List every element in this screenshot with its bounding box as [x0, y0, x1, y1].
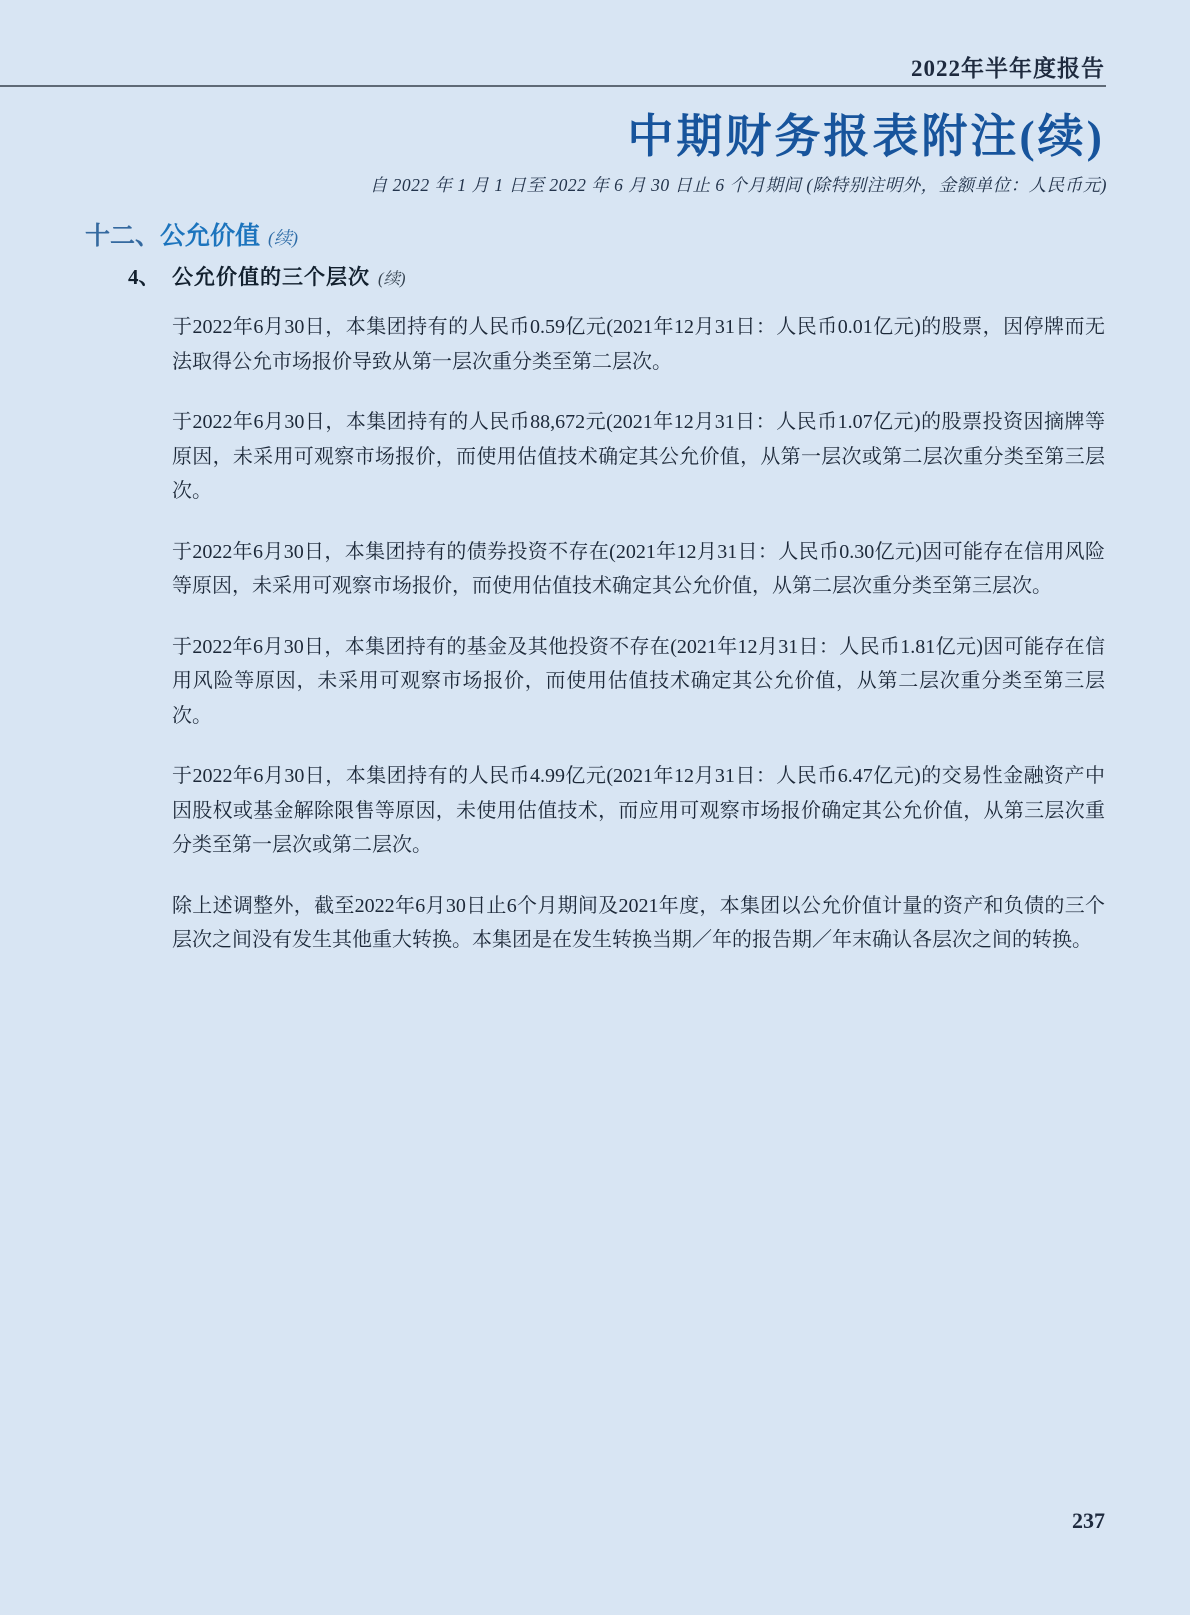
report-page: 2022年半年度报告 中期财务报表附注(续) 自 2022 年 1 月 1 日至…: [0, 0, 1190, 1615]
paragraph-stock-delisting: 于2022年6月30日，本集团持有的人民币88,672元(2021年12月31日…: [172, 405, 1105, 509]
subsection-number: 4、: [128, 261, 172, 291]
header-divider-rule: [0, 85, 1106, 87]
paragraph-trading-assets-unlock: 于2022年6月30日，本集团持有的人民币4.99亿元(2021年12月31日：…: [172, 759, 1105, 863]
paragraph-fund-credit-risk: 于2022年6月30日，本集团持有的基金及其他投资不存在(2021年12月31日…: [172, 630, 1105, 734]
page-number: 237: [1072, 1508, 1105, 1534]
paragraph-no-other-transfers: 除上述调整外，截至2022年6月30日止6个月期间及2021年度，本集团以公允价…: [172, 889, 1105, 958]
paragraph-stock-suspension: 于2022年6月30日，本集团持有的人民币0.59亿元(2021年12月31日：…: [172, 310, 1105, 379]
subsection-continued-label: (续): [378, 269, 406, 288]
period-subtitle: 自 2022 年 1 月 1 日至 2022 年 6 月 30 日止 6 个月期…: [370, 172, 1107, 197]
paragraph-bond-credit-risk: 于2022年6月30日，本集团持有的债券投资不存在(2021年12月31日：人民…: [172, 535, 1105, 604]
subsection-title: 公允价值的三个层次: [172, 265, 370, 289]
running-header: 2022年半年度报告: [911, 50, 1105, 83]
section-title: 公允价值: [160, 223, 260, 250]
section-number: 十二、: [85, 223, 160, 250]
section-continued-label: (续): [268, 228, 298, 248]
section-heading: 十二、公允价值(续): [85, 216, 298, 252]
body-text-block: 于2022年6月30日，本集团持有的人民币0.59亿元(2021年12月31日：…: [172, 310, 1105, 984]
page-title: 中期财务报表附注(续): [627, 100, 1105, 166]
subsection-heading: 4、公允价值的三个层次(续): [128, 261, 406, 291]
